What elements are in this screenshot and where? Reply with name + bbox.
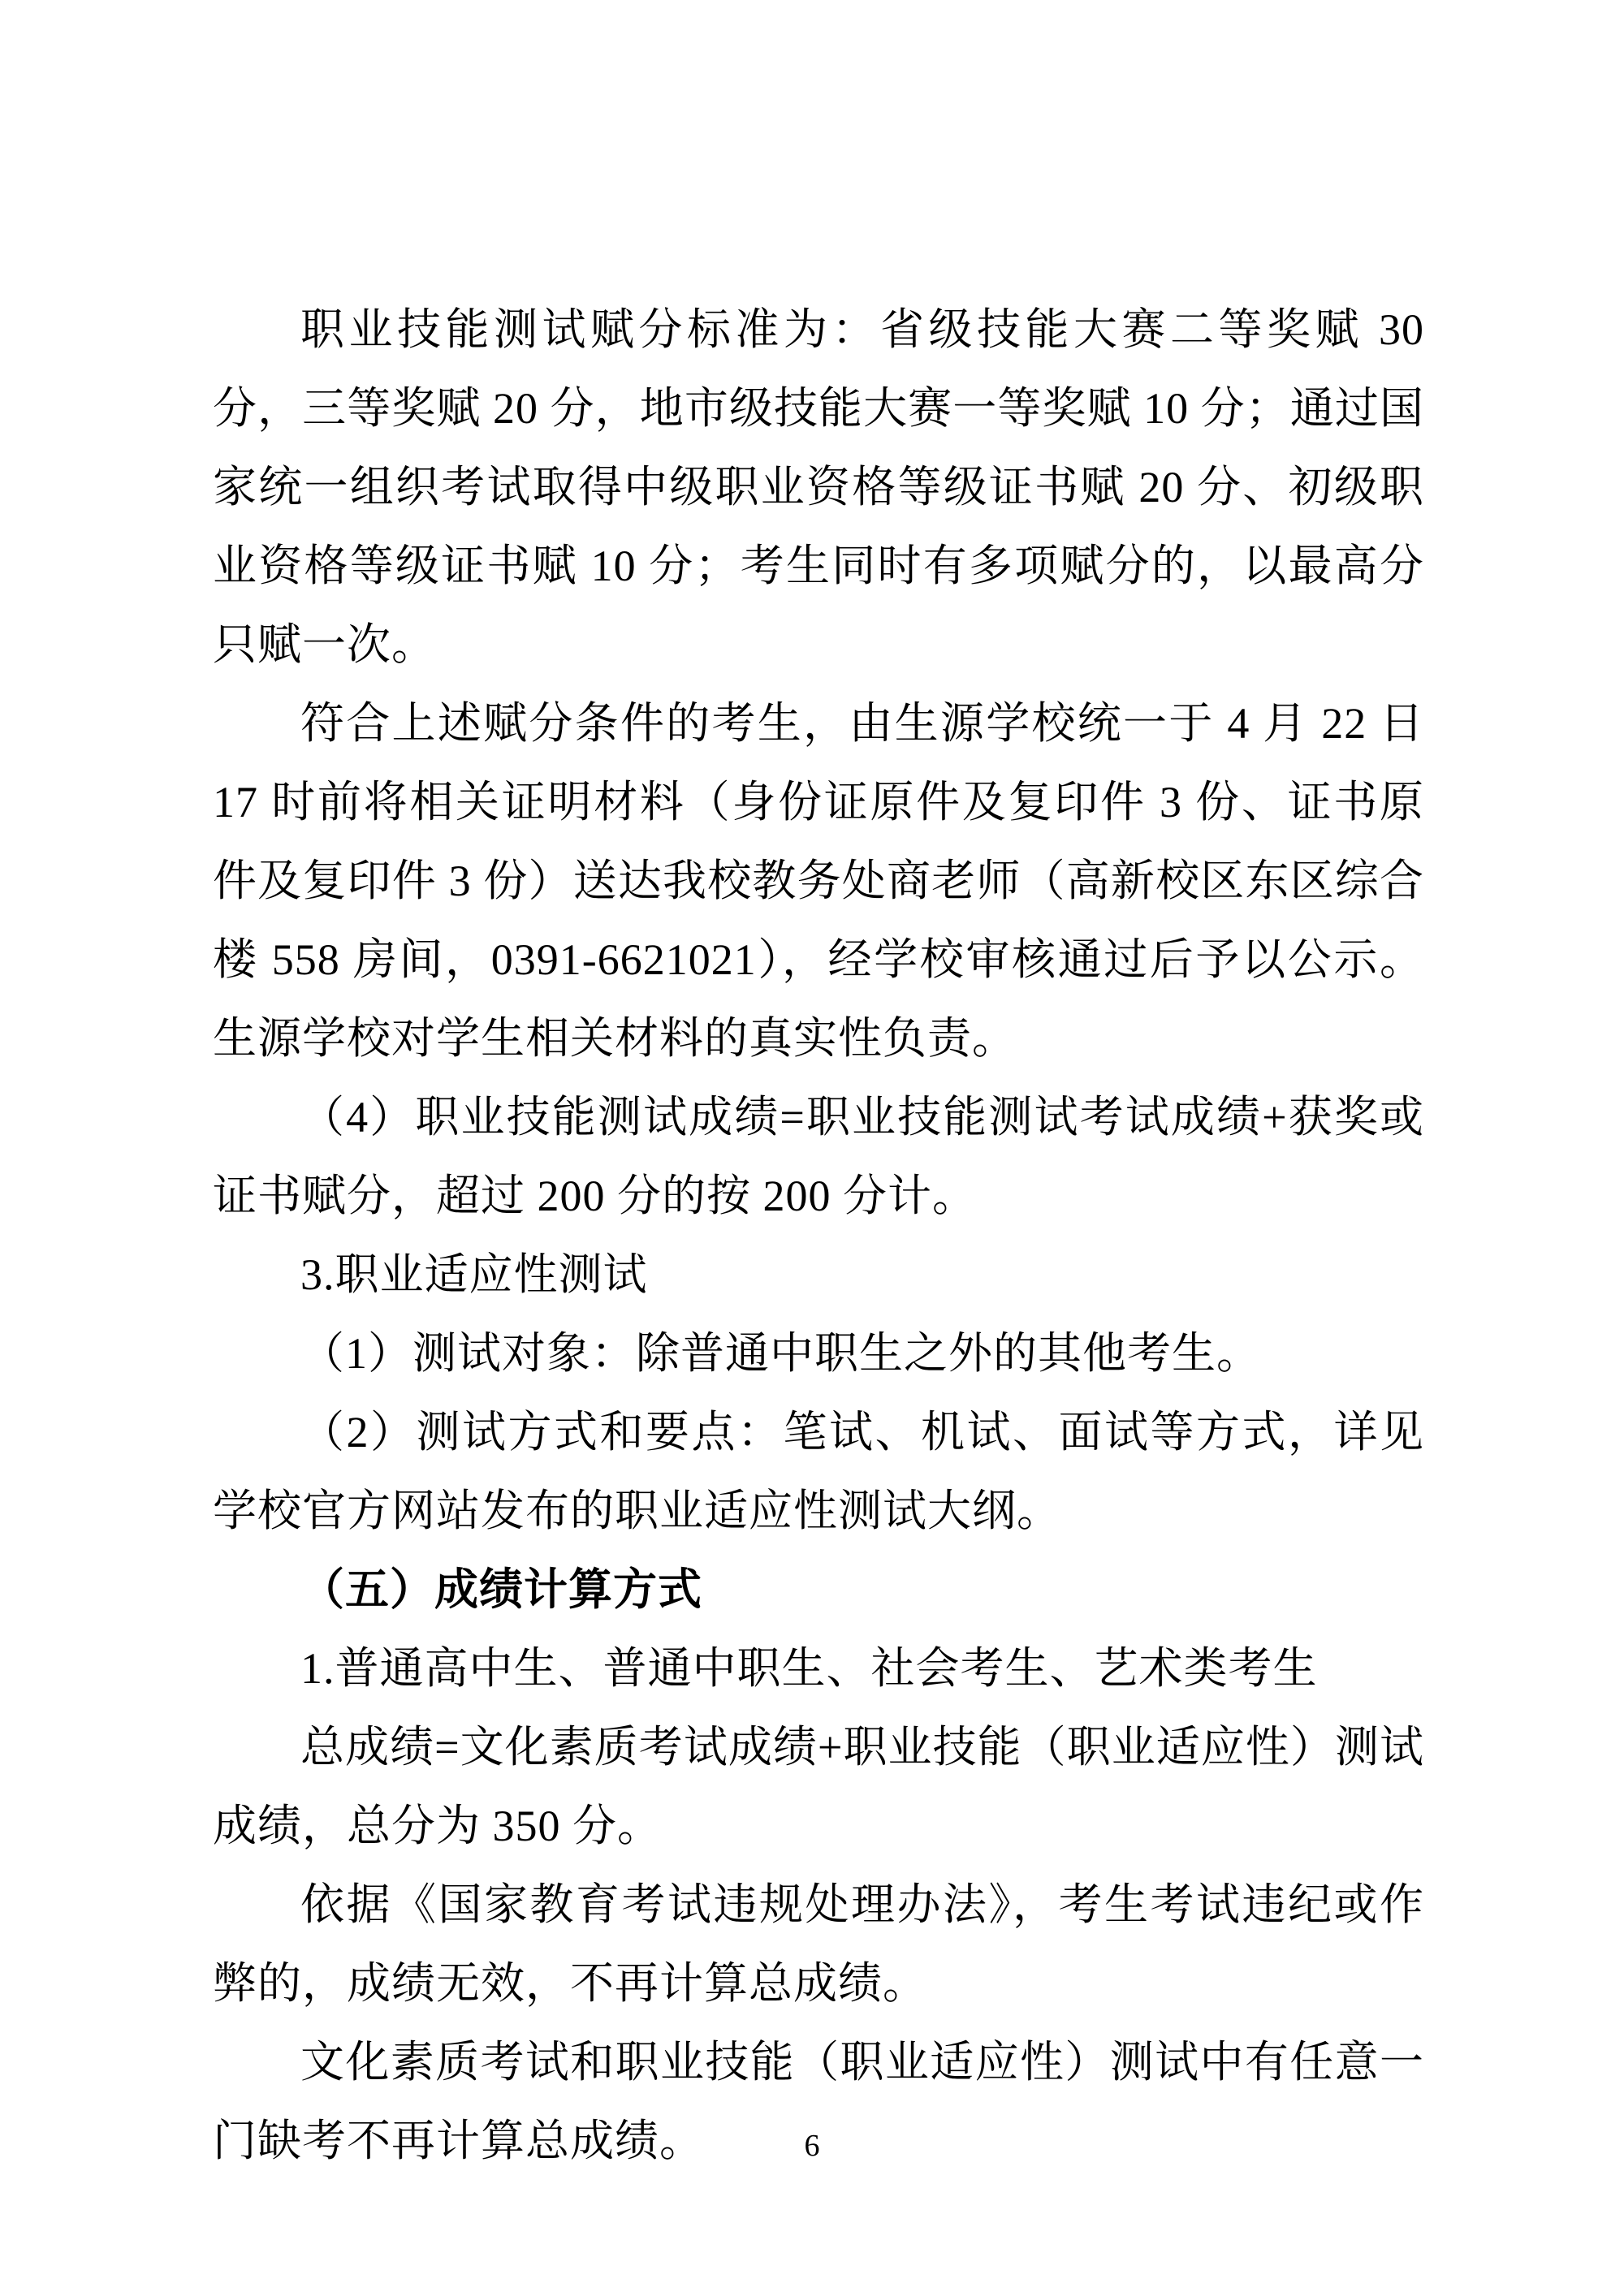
paragraph-skill-test-score-formula: （4）职业技能测试成绩=职业技能测试考试成绩+获奖或证书赋分，超过 200 分的…: [213, 1078, 1424, 1236]
paragraph-material-submission: 符合上述赋分条件的考生，由生源学校统一于 4 月 22 日 17 时前将相关证明…: [213, 684, 1424, 1078]
document-page: 职业技能测试赋分标准为：省级技能大赛二等奖赋 30 分，三等奖赋 20 分，地市…: [0, 0, 1624, 2296]
paragraph-aptitude-test-method: （2）测试方式和要点：笔试、机试、面试等方式，详见学校官方网站发布的职业适应性测…: [213, 1393, 1424, 1551]
paragraph-violation-rule: 依据《国家教育考试违规处理办法》，考生考试违纪或作弊的，成绩无效，不再计算总成绩…: [213, 1866, 1424, 2023]
document-body: 职业技能测试赋分标准为：省级技能大赛二等奖赋 30 分，三等奖赋 20 分，地市…: [213, 291, 1424, 2181]
paragraph-skill-test-scoring-standard: 职业技能测试赋分标准为：省级技能大赛二等奖赋 30 分，三等奖赋 20 分，地市…: [213, 291, 1424, 684]
paragraph-aptitude-test-title: 3.职业适应性测试: [213, 1236, 1424, 1314]
section-heading-score-calculation: （五）成绩计算方式: [213, 1551, 1424, 1629]
paragraph-aptitude-test-target: （1）测试对象：除普通中职生之外的其他考生。: [213, 1314, 1424, 1393]
paragraph-total-score-formula: 总成绩=文化素质考试成绩+职业技能（职业适应性）测试成绩，总分为 350 分。: [213, 1708, 1424, 1866]
paragraph-candidate-categories: 1.普通高中生、普通中职生、社会考生、艺术类考生: [213, 1629, 1424, 1708]
page-number: 6: [0, 2129, 1624, 2163]
